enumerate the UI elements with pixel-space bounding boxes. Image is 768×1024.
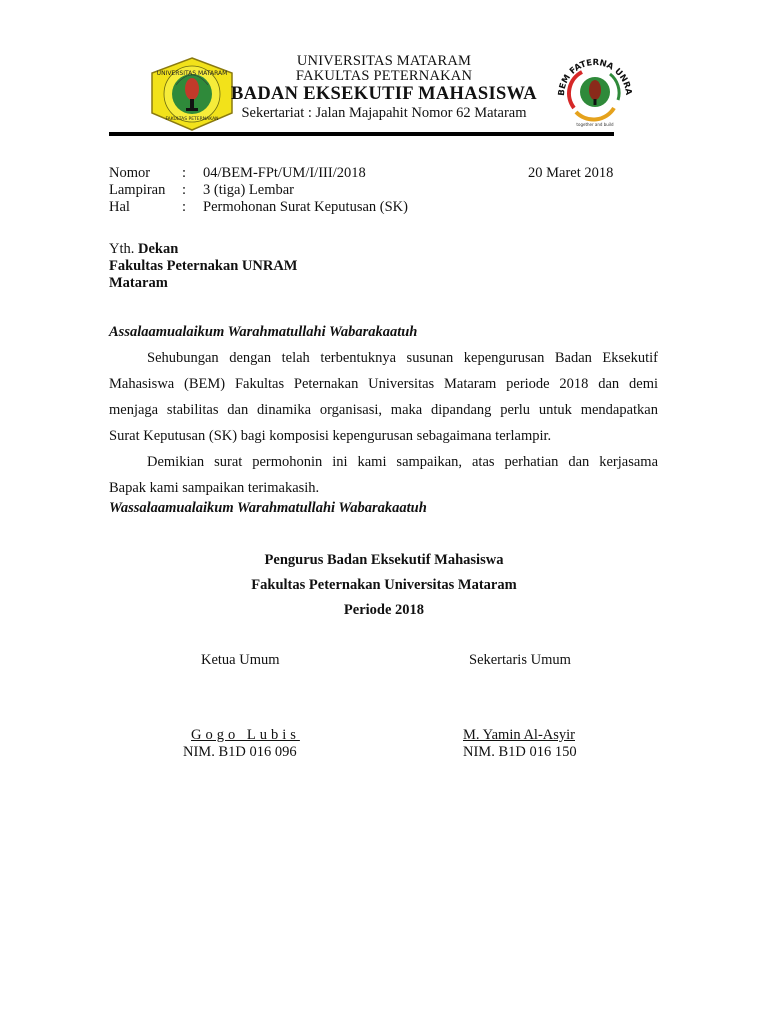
meta-colon: : [182, 182, 186, 199]
recipient-line3: Mataram [109, 275, 168, 292]
paragraph-1: Sehubungan dengan telah terbentuknya sus… [109, 345, 658, 449]
recipient-line2: Fakultas Peternakan UNRAM [109, 258, 298, 275]
paragraph-line: menjaga stabilitas dan dinamika organisa… [109, 397, 658, 423]
recipient-title: Dekan [138, 241, 178, 257]
signature-heading-2: Fakultas Peternakan Universitas Mataram [0, 577, 768, 594]
letterhead-divider [109, 132, 614, 136]
meta-label: Nomor [109, 165, 150, 182]
paragraph-2: Demikian surat permohonin ini kami sampa… [109, 449, 658, 501]
recipient-prefix: Yth. [109, 241, 134, 257]
letterhead-organization: BADAN EKSEKUTIF MAHASISWA [0, 84, 768, 105]
paragraph-line: Demikian surat permohonin ini kami sampa… [109, 449, 658, 475]
meta-label: Lampiran [109, 182, 165, 199]
svg-text:together and build: together and build [576, 122, 614, 127]
signer-right-name: M. Yamin Al-Asyir [463, 727, 575, 744]
meta-colon: : [182, 199, 186, 216]
paragraph-line: Sehubungan dengan telah terbentuknya sus… [109, 345, 658, 371]
paragraph-line: Mahasiswa (BEM) Fakultas Peternakan Univ… [109, 371, 658, 397]
letterhead-faculty: FAKULTAS PETERNAKAN [0, 68, 768, 85]
greeting: Assalaamualaikum Warahmatullahi Wabaraka… [109, 324, 417, 341]
signer-right-role: Sekertaris Umum [469, 652, 571, 669]
meta-row-lampiran: Lampiran : 3 (tiga) Lembar [0, 182, 768, 199]
signer-right-nim: NIM. B1D 016 150 [463, 744, 577, 761]
meta-row-hal: Hal : Permohonan Surat Keputusan (SK) [0, 199, 768, 216]
meta-value: 3 (tiga) Lembar [203, 182, 294, 199]
signer-left-nim: NIM. B1D 016 096 [183, 744, 297, 761]
paragraph-line: Surat Keputusan (SK) bagi komposisi kepe… [109, 423, 658, 449]
signer-left-role: Ketua Umum [201, 652, 280, 669]
meta-label: Hal [109, 199, 130, 216]
paragraph-line: Bapak kami sampaikan terimakasih. [109, 475, 658, 501]
meta-colon: : [182, 165, 186, 182]
meta-value: 04/BEM-FPt/UM/I/III/2018 [203, 165, 366, 182]
letterhead-secretariat: Sekertariat : Jalan Majapahit Nomor 62 M… [0, 105, 768, 122]
meta-value: Permohonan Surat Keputusan (SK) [203, 199, 408, 216]
signer-left-name: Gogo Lubis [191, 727, 300, 744]
meta-row-nomor: Nomor : 04/BEM-FPt/UM/I/III/2018 [0, 165, 768, 182]
recipient-line1: Yth. Dekan [109, 241, 178, 258]
signature-heading-3: Periode 2018 [0, 602, 768, 619]
signature-heading-1: Pengurus Badan Eksekutif Mahasiswa [0, 552, 768, 569]
closing-greeting: Wassalaamualaikum Warahmatullahi Wabarak… [109, 500, 427, 517]
letter-date: 20 Maret 2018 [528, 165, 613, 182]
